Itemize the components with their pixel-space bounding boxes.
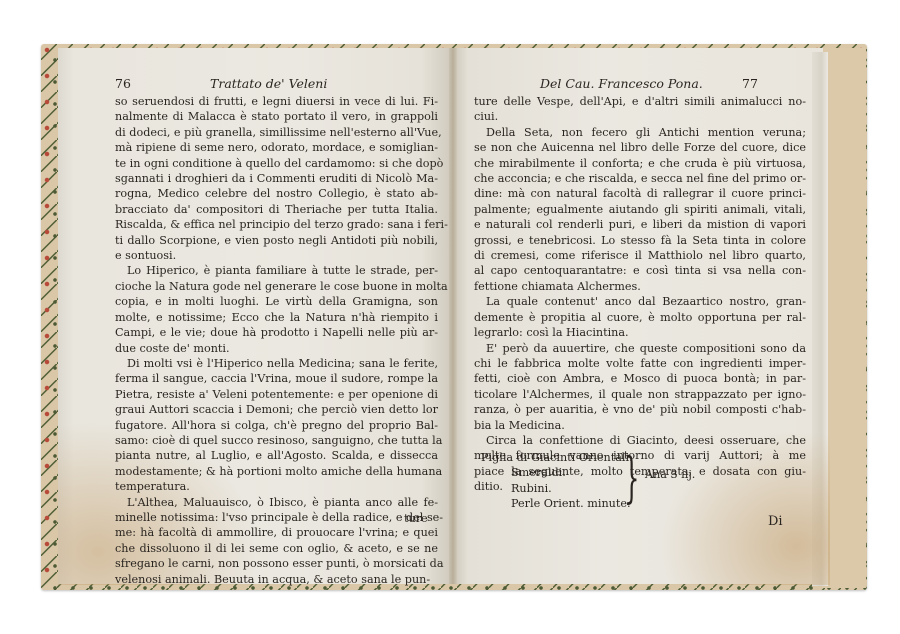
text-line: cioche la Natura gode nel generare le co… [115,279,438,294]
left-catchword: ture [404,512,428,525]
text-line: pianta nutre, al Luglio, e all'Agosto. S… [115,448,438,463]
text-line: demente è propitia al cuore, è molto opp… [474,310,806,325]
text-line: sfregano le carni, non possono esser pun… [115,556,438,571]
text-line: fetti, cioè con Ambra, e Mosco di puoca … [474,371,806,386]
recipe-brace: } [624,448,639,508]
text-line: so seruendosi di frutti, e legni diuersi… [115,94,438,109]
text-line: ti dallo Scorpione, e vien posto negli A… [115,233,438,248]
text-line: modestamente; & hà portioni molto amiche… [115,464,438,479]
text-line: se non che Auicenna nel libro delle Forz… [474,140,806,155]
text-line: Pietra, resiste a' Veleni potentemente: … [115,387,438,402]
text-line: samo: cioè di quel succo resinoso, sangu… [115,433,438,448]
text-line: sgannati i droghieri da i Commenti erudi… [115,171,438,186]
text-line: legrarlo: così la Hiacintina. [474,325,806,340]
text-line: ranza, ò per auaritia, è vno de' più nob… [474,402,806,417]
text-line: rogna, Medico celebre del nostro Collegi… [115,186,438,201]
text-line: fettione chiamata Alchermes. [474,279,806,294]
text-line: Circa la confettione di Giacinto, deesi … [474,433,806,448]
recipe-item: Piglia di Giacinti Orientali. [481,450,633,465]
right-catchword: Di [768,514,783,529]
text-line: Di molti vsi è l'Hiperico nella Medicina… [115,356,438,371]
left-page-text: so seruendosi di frutti, e legni diuersi… [115,94,438,587]
text-line: bracciato da' compositori di Theriache p… [115,202,438,217]
text-line: chi le fabbrica molte volte fatte con in… [474,356,806,371]
text-line: copia, e in molti luoghi. Le virtù della… [115,294,438,309]
recipe-item: Perle Orient. minute. [481,496,633,511]
gutter [449,48,457,584]
text-line: che mirabilmente il conforta; e che crud… [474,156,806,171]
recipe-dose: Ana 3 iij. [645,468,695,481]
text-line: molte, e notissime; Ecco che la Natura n… [115,310,438,325]
text-line: L'Althea, Maluauisco, ò Ibisco, è pianta… [115,495,438,510]
text-line: e sontuosi. [115,248,438,263]
text-line: temperatura. [115,479,438,494]
right-page-text: ture delle Vespe, dell'Api, e d'altri si… [474,94,806,495]
text-line: ciui. [474,109,806,124]
left-running-head: Trattato de' Veleni [210,76,327,91]
text-line: minelle notissima: l'vso principale è de… [115,510,438,525]
text-line: di dodeci, e più granella, simillissime … [115,125,438,140]
text-line: ferma il sangue, caccia l'Vrina, moue il… [115,371,438,386]
text-line: di cremesi, come riferisce il Matthiolo … [474,248,806,263]
text-line: che acconcia; e che riscalda, e secca ne… [474,171,806,186]
left-page-number: 76 [115,76,131,91]
text-line: che dissoluono il di lei seme con oglio,… [115,541,438,556]
text-line: La quale contenut' anco dal Bezaartico n… [474,294,806,309]
text-line: ticolare l'Alchermes, il quale non strap… [474,387,806,402]
text-line: al capo centoquarantatre: e così tinta s… [474,263,806,278]
text-line: e naturali col renderli puri, e liberi d… [474,217,806,232]
text-line: Lo Hiperico, è pianta familiare à tutte … [115,263,438,278]
text-line: dine: mà con natural facoltà di rallegra… [474,186,806,201]
text-line: fugatore. All'hora si colga, ch'è pregno… [115,418,438,433]
text-line: ture delle Vespe, dell'Api, e d'altri si… [474,94,806,109]
right-page-number: 77 [742,76,758,91]
text-line: graui Auttori scaccia i Demoni; che perc… [115,402,438,417]
recipe-item: Rubini. [481,481,633,496]
text-line: Riscalda, & effica nel principio del ter… [115,217,438,232]
text-line: bia la Medicina. [474,418,806,433]
text-line: me: hà facoltà di ammollire, di prouocar… [115,525,438,540]
text-line: E' però da auuertire, che queste composi… [474,341,806,356]
recipe-item: Smeraldi. [481,465,633,480]
text-line: palmente; egualmente aiutando gli spirit… [474,202,806,217]
text-line: Della Seta, non fecero gli Antichi menti… [474,125,806,140]
text-line: velenosi animali. Beuuta in acqua, & ace… [115,572,438,587]
text-line: mà ripiene di seme nero, odorato, mordac… [115,140,438,155]
text-line: te in ogni conditione à quello del carda… [115,156,438,171]
right-running-head: Del Cau. Francesco Pona. [540,76,703,91]
text-line: nalmente di Malacca è stato portato il v… [115,109,438,124]
recipe-list: Piglia di Giacinti Orientali. Smeraldi. … [481,450,633,512]
text-line: Campi, e le vie; doue hà prodotto i Nape… [115,325,438,340]
text-line: grossi, e tenebricosi. Lo stesso fà la S… [474,233,806,248]
text-line: due coste de' monti. [115,341,438,356]
